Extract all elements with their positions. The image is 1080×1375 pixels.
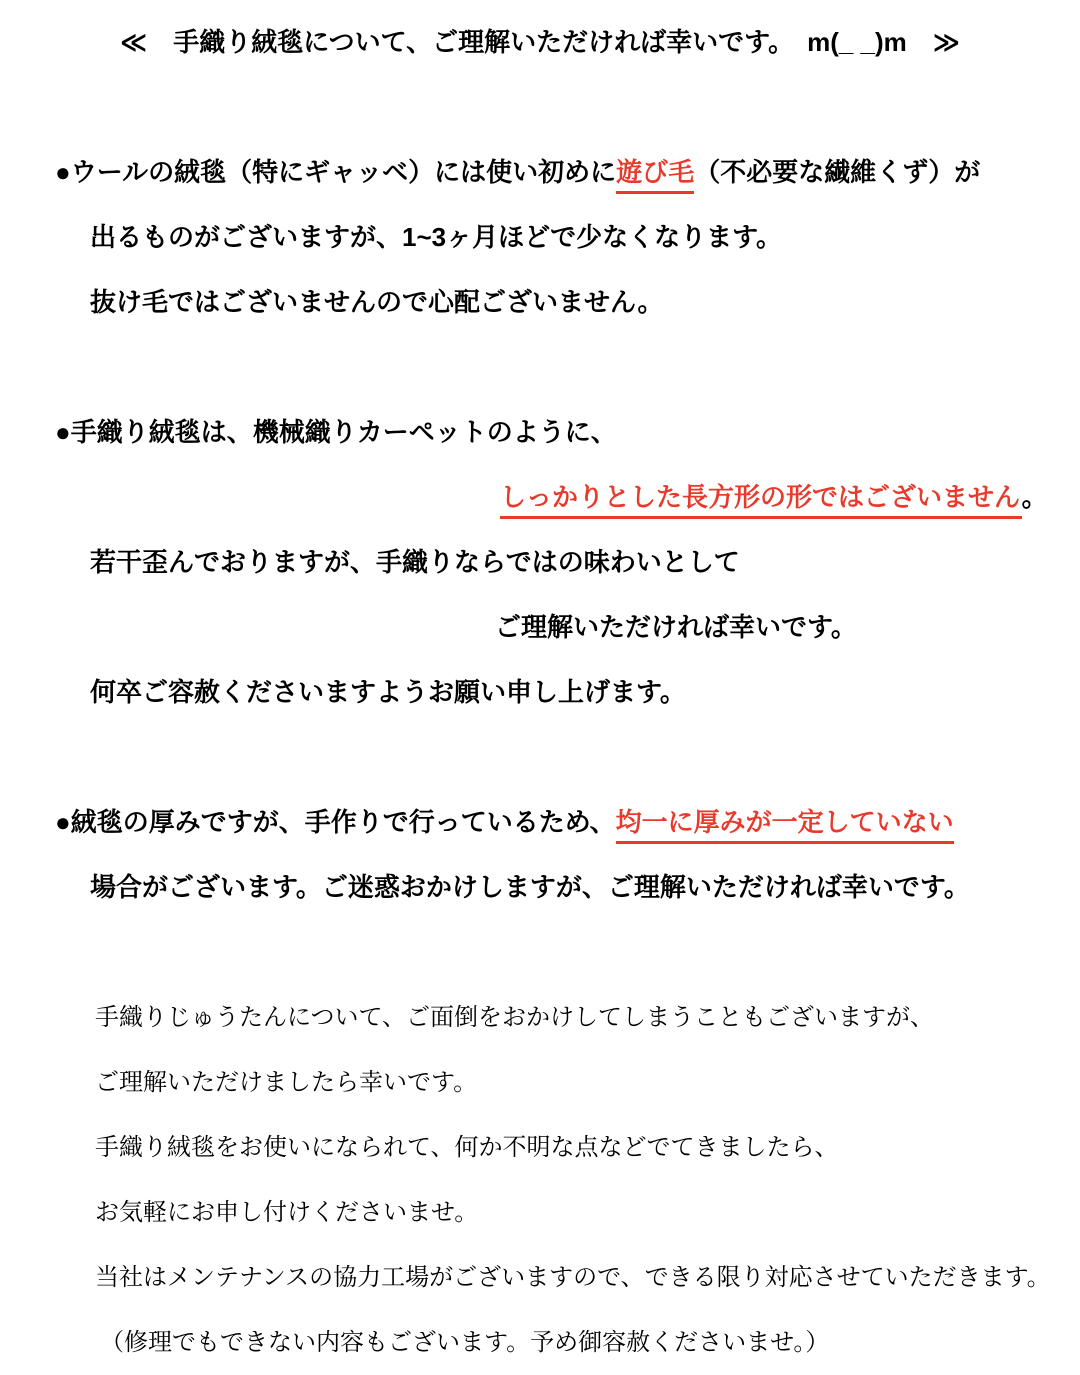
emphasis-red-text: しっかりとした長方形の形ではございません bbox=[500, 482, 1022, 519]
closing-line-6: （修理でもできない内容もございます。予め御容赦くださいませ。） bbox=[0, 1310, 1080, 1375]
document-page: ≪ 手織り絨毯について、ご理解いただければ幸いです。 m(_ _)m ≫ ●ウー… bbox=[0, 0, 1080, 1375]
text-segment: ●ウールの絨毯（特にギャッベ）には使い初めに bbox=[55, 157, 616, 187]
document-body: ●ウールの絨毯（特にギャッベ）には使い初めに遊び毛（不必要な繊維くず）が出るもの… bbox=[0, 75, 1080, 1375]
bullet-shape-line-2: しっかりとした長方形の形ではございません。 bbox=[0, 465, 1080, 530]
text-segment: 何卒ご容赦くださいますようお願い申し上げます。 bbox=[90, 677, 686, 707]
bullet-thickness-line-1: ●絨毯の厚みですが、手作りで行っているため、均一に厚みが一定していない bbox=[0, 790, 1080, 855]
text-segment: 出るものがございますが、1~3ヶ月ほどで少なくなります。 bbox=[90, 222, 782, 252]
text-segment: お気軽にお申し付けくださいませ。 bbox=[95, 1199, 478, 1226]
text-segment: ご理解いただけましたら幸いです。 bbox=[95, 1069, 477, 1096]
emphasis-red-text: 均一に厚みが一定していない bbox=[616, 807, 954, 844]
blank-line bbox=[0, 725, 1080, 790]
closing-line-2: ご理解いただけましたら幸いです。 bbox=[0, 1050, 1080, 1115]
closing-line-1: 手織りじゅうたんについて、ご面倒をおかけしてしまうこともございますが、 bbox=[0, 985, 1080, 1050]
bullet-shape-line-5: 何卒ご容赦くださいますようお願い申し上げます。 bbox=[0, 660, 1080, 725]
closing-line-3: 手織り絨毯をお使いになられて、何か不明な点などでてきましたら、 bbox=[0, 1115, 1080, 1180]
text-segment: ●手織り絨毯は、機械織りカーペットのように、 bbox=[55, 417, 617, 447]
text-segment: （不必要な繊維くず）が bbox=[694, 157, 980, 187]
bullet-shape-line-3: 若干歪んでおりますが、手織りならではの味わいとして bbox=[0, 530, 1080, 595]
closing-line-5: 当社はメンテナンスの協力工場がございますので、できる限り対応させていただきます。 bbox=[0, 1245, 1080, 1310]
text-segment: 当社はメンテナンスの協力工場がございますので、できる限り対応させていただきます。 bbox=[95, 1264, 1051, 1291]
blank-line bbox=[0, 920, 1080, 985]
bullet-wool-fluff-line-3: 抜け毛ではございませんので心配ございません。 bbox=[0, 270, 1080, 335]
bullet-shape-line-1: ●手織り絨毯は、機械織りカーペットのように、 bbox=[0, 400, 1080, 465]
text-segment: 。 bbox=[1022, 482, 1048, 512]
closing-line-4: お気軽にお申し付けくださいませ。 bbox=[0, 1180, 1080, 1245]
text-segment: （修理でもできない内容もございます。予め御容赦くださいませ。） bbox=[100, 1329, 829, 1356]
blank-line bbox=[0, 75, 1080, 140]
text-segment: ●絨毯の厚みですが、手作りで行っているため、 bbox=[55, 807, 616, 837]
bullet-wool-fluff-line-2: 出るものがございますが、1~3ヶ月ほどで少なくなります。 bbox=[0, 205, 1080, 270]
text-segment: 手織りじゅうたんについて、ご面倒をおかけしてしまうこともございますが、 bbox=[95, 1004, 934, 1031]
bullet-thickness-line-2: 場合がございます。ご迷惑おかけしますが、ご理解いただければ幸いです。 bbox=[0, 855, 1080, 920]
blank-line bbox=[0, 335, 1080, 400]
text-segment: ご理解いただければ幸いです。 bbox=[495, 612, 857, 642]
text-segment: 手織り絨毯をお使いになられて、何か不明な点などでてきましたら、 bbox=[95, 1134, 839, 1161]
emphasis-red-text: 遊び毛 bbox=[616, 157, 694, 194]
text-segment: 抜け毛ではございませんので心配ございません。 bbox=[90, 287, 664, 317]
text-segment: 若干歪んでおりますが、手織りならではの味わいとして bbox=[90, 547, 740, 577]
bullet-shape-line-4: ご理解いただければ幸いです。 bbox=[0, 595, 1080, 660]
document-title: ≪ 手織り絨毯について、ご理解いただければ幸いです。 m(_ _)m ≫ bbox=[0, 10, 1080, 75]
bullet-wool-fluff-line-1: ●ウールの絨毯（特にギャッベ）には使い初めに遊び毛（不必要な繊維くず）が bbox=[0, 140, 1080, 205]
text-segment: 場合がございます。ご迷惑おかけしますが、ご理解いただければ幸いです。 bbox=[90, 872, 970, 902]
